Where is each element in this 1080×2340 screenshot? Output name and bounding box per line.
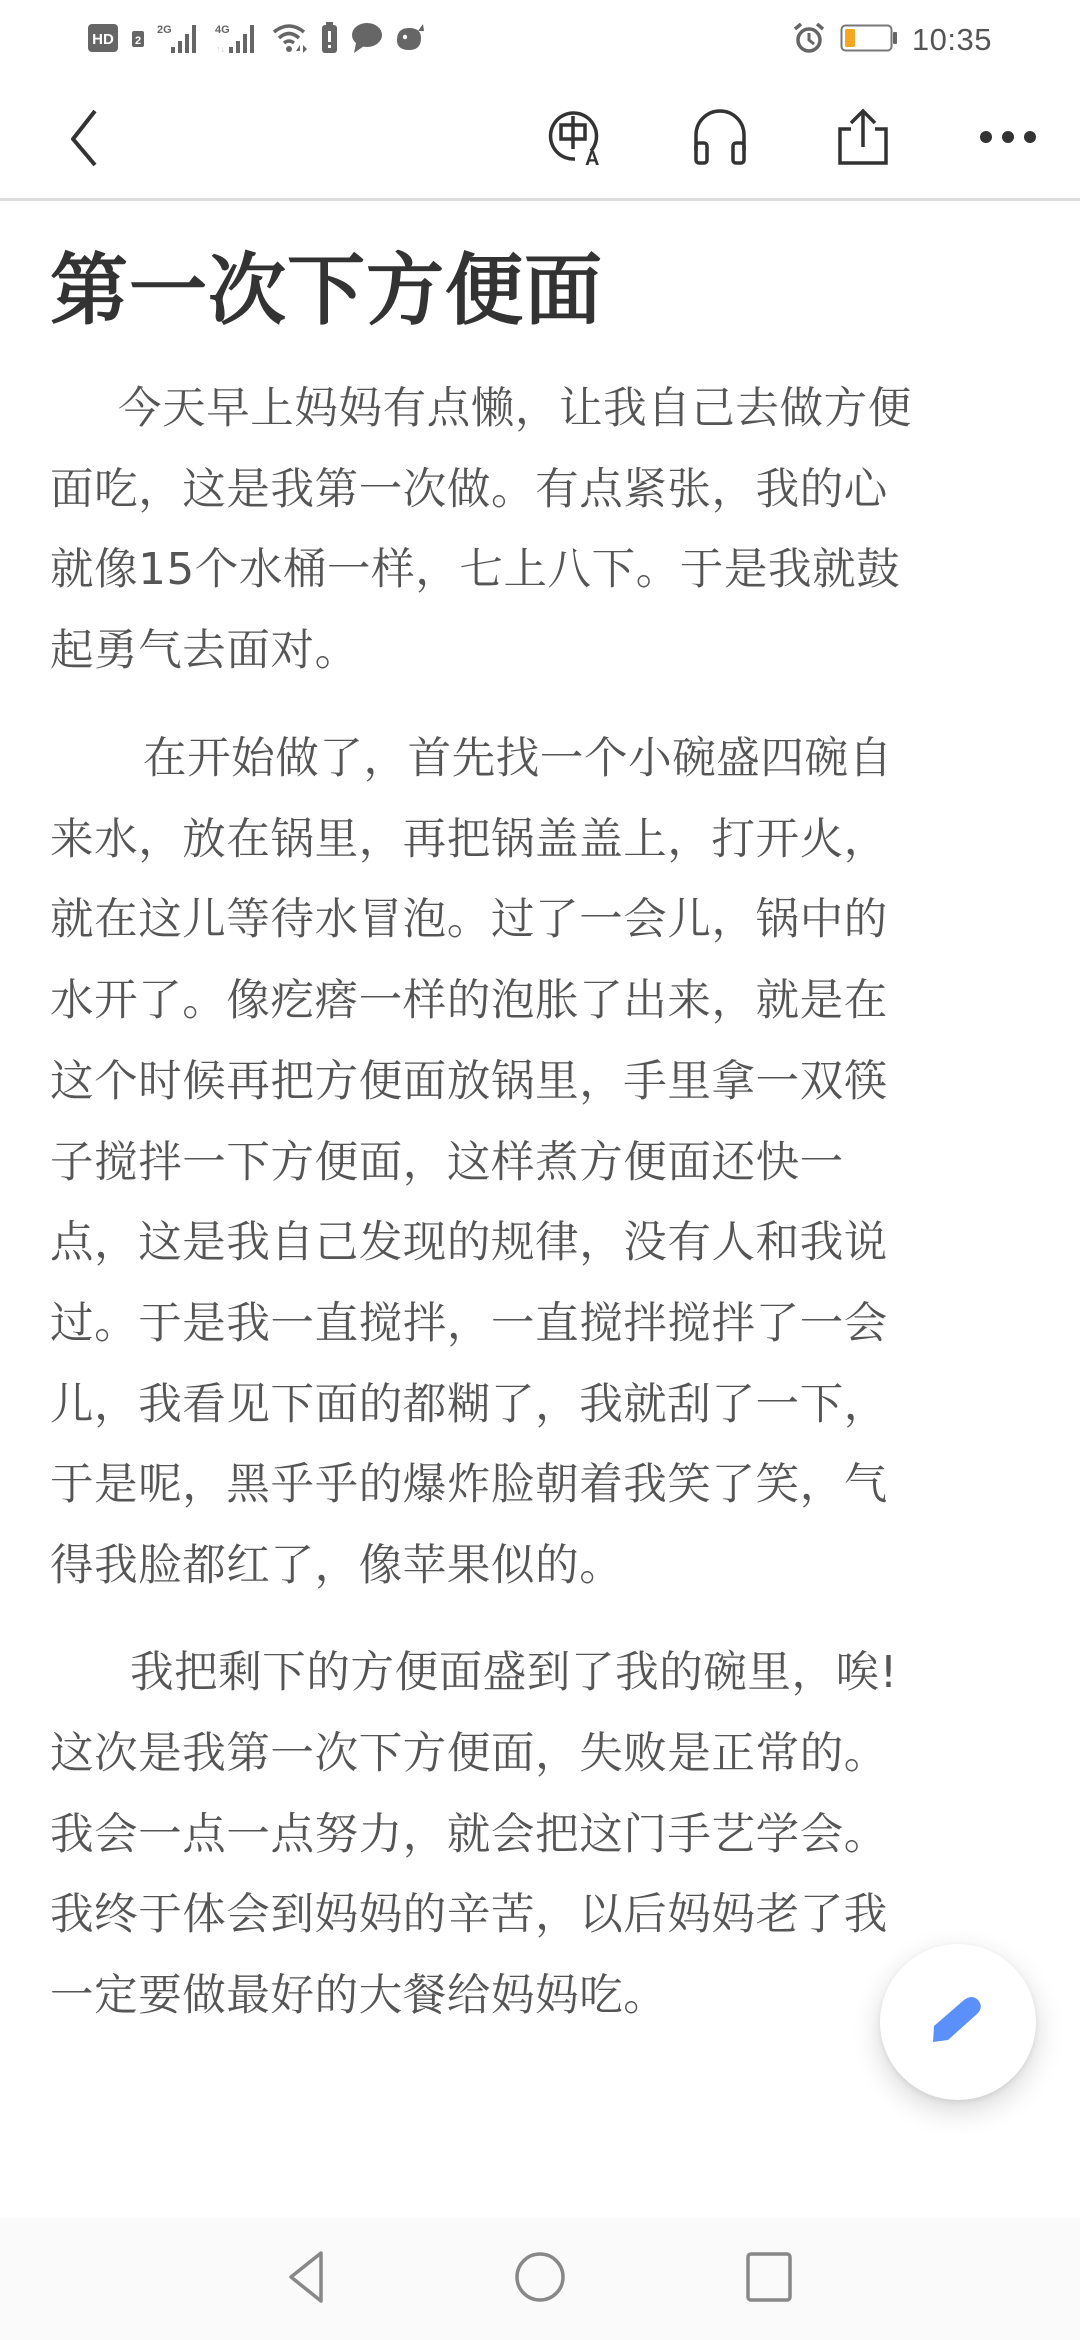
- status-bar: HD 2 2G 4G ↑↓: [0, 0, 1080, 80]
- nav-home-button[interactable]: [505, 2246, 575, 2312]
- svg-text:A: A: [585, 148, 599, 167]
- translate-icon: A: [545, 107, 605, 171]
- svg-text:4G: 4G: [215, 24, 230, 36]
- text-line: 儿，我看见下面的都糊了，我就刮了一下，: [50, 1384, 888, 1428]
- signal-2g-icon: 2G: [156, 21, 204, 59]
- nav-home-icon: [513, 2250, 567, 2308]
- battery-alert-icon: [320, 22, 340, 58]
- back-icon: [65, 107, 105, 171]
- system-nav-bar: [0, 2218, 1080, 2340]
- message-icon: [350, 22, 384, 58]
- text-line: 就像15个水桶一样，七上八下。于是我就鼓: [50, 549, 900, 593]
- text-line: 一定要做最好的大餐给妈妈吃。: [50, 1975, 667, 2019]
- sim2-badge-icon: 2: [132, 29, 146, 51]
- back-button[interactable]: [50, 104, 120, 174]
- share-button[interactable]: [828, 104, 898, 174]
- status-bar-right: 10:35: [792, 18, 992, 62]
- status-bar-left: HD 2 2G 4G ↑↓: [88, 22, 426, 58]
- nav-recents-icon: [745, 2251, 793, 2307]
- signal-4g-icon: 4G ↑↓: [214, 21, 262, 59]
- battery-icon: [840, 23, 898, 57]
- listen-button[interactable]: [685, 104, 755, 174]
- headphones-icon: [691, 107, 749, 171]
- article-title: 第一次下方便面: [50, 228, 603, 340]
- text-line: 今天早上妈妈有点懒，让我自己去做方便: [118, 388, 912, 432]
- nav-back-icon: [287, 2250, 327, 2308]
- text-line: 于是呢，黑乎乎的爆炸脸朝着我笑了笑，气: [50, 1464, 888, 1508]
- svg-text:2: 2: [135, 35, 141, 47]
- translate-button[interactable]: A: [540, 104, 610, 174]
- hd-volte-icon: HD: [88, 23, 122, 57]
- text-line: 我终于体会到妈妈的辛苦，以后妈妈老了我: [50, 1894, 888, 1938]
- share-icon: [836, 107, 890, 171]
- text-line: 来水，放在锅里，再把锅盖盖上，打开火，: [50, 819, 888, 863]
- wifi-icon: [272, 22, 310, 58]
- svg-text:↑↓: ↑↓: [216, 44, 225, 54]
- app-notification-icon: [394, 22, 426, 58]
- text-line: 点，这是我自己发现的规律，没有人和我说: [50, 1222, 888, 1266]
- text-line: 这次是我第一次下方便面，失败是正常的。: [50, 1733, 888, 1777]
- text-line: 面吃，这是我第一次做。有点紧张，我的心: [50, 469, 888, 513]
- clock-time: 10:35: [912, 22, 992, 58]
- text-line: 子搅拌一下方便面，这样煮方便面还快一: [50, 1142, 844, 1186]
- more-button[interactable]: [973, 104, 1043, 174]
- svg-text:2G: 2G: [157, 24, 172, 36]
- nav-recents-button[interactable]: [734, 2246, 804, 2312]
- nav-back-button[interactable]: [272, 2246, 342, 2312]
- top-toolbar: A: [0, 80, 1080, 201]
- text-line: 水开了。像疙瘩一样的泡胀了出来，就是在: [50, 980, 888, 1024]
- edit-fab-button[interactable]: [880, 1944, 1036, 2100]
- text-line: 得我脸都红了，像苹果似的。: [50, 1545, 623, 1589]
- more-icon: [978, 129, 1038, 149]
- alarm-icon: [792, 21, 826, 59]
- text-line: 起勇气去面对。: [50, 630, 359, 674]
- text-line: 在开始做了，首先找一个小碗盛四碗自: [143, 738, 893, 782]
- svg-text:HD: HD: [92, 31, 114, 48]
- text-line: 就在这儿等待水冒泡。过了一会儿，锅中的: [50, 899, 888, 943]
- text-line: 这个时候再把方便面放锅里，手里拿一双筷: [50, 1061, 888, 1105]
- text-line: 过。于是我一直搅拌，一直搅拌搅拌了一会: [50, 1303, 888, 1347]
- text-line: 我会一点一点努力，就会把这门手艺学会。: [50, 1814, 888, 1858]
- edit-pencil-icon: [928, 1990, 988, 2054]
- text-line: 我把剩下的方便面盛到了我的碗里，唉!: [130, 1652, 898, 1696]
